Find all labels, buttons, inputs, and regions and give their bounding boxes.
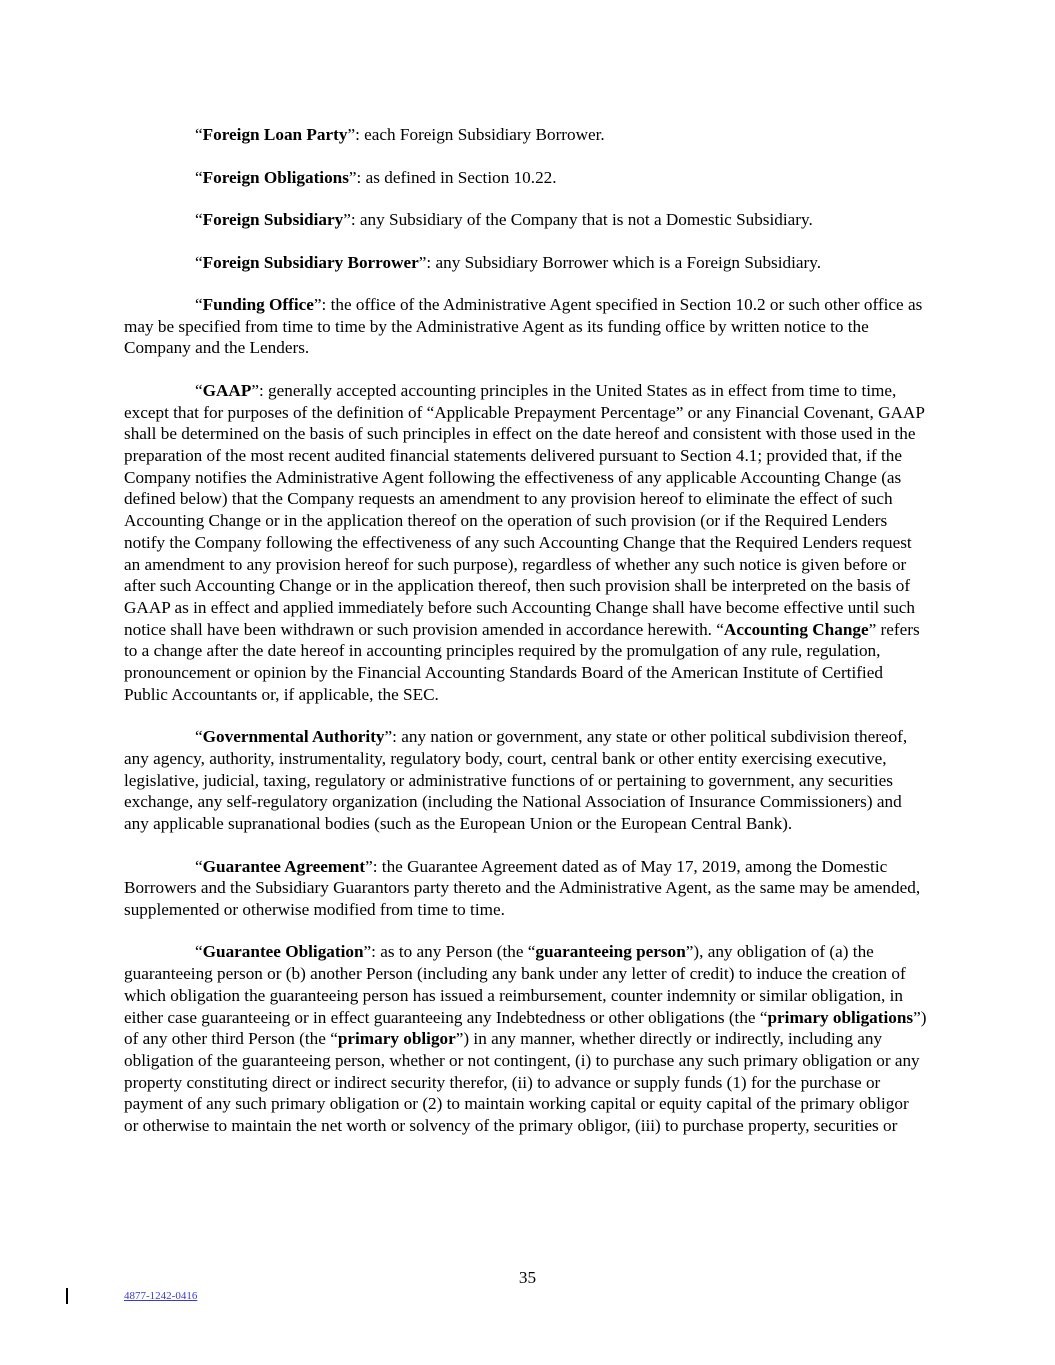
definition-text: ”: each Foreign Subsidiary Borrower.: [347, 125, 604, 144]
defined-term: guaranteeing person: [535, 942, 685, 961]
definitions-body: “Foreign Loan Party”: each Foreign Subsi…: [124, 124, 927, 1158]
page-number: 35: [0, 1268, 1055, 1288]
document-page: “Foreign Loan Party”: each Foreign Subsi…: [0, 0, 1055, 1365]
defined-term: Foreign Subsidiary Borrower: [203, 253, 419, 272]
defined-term: Guarantee Obligation: [203, 942, 364, 961]
definition-governmental-authority: “Governmental Authority”: any nation or …: [124, 726, 927, 835]
definition-guarantee-agreement: “Guarantee Agreement”: the Guarantee Agr…: [124, 856, 927, 921]
definition-text: “: [195, 125, 203, 144]
defined-term: Funding Office: [203, 295, 314, 314]
document-id-link[interactable]: 4877-1242-0416: [124, 1290, 197, 1302]
defined-term: GAAP: [203, 381, 252, 400]
defined-term: Governmental Authority: [203, 727, 385, 746]
definition-text: “: [195, 253, 203, 272]
definition-text: “: [195, 210, 203, 229]
revision-change-bar: [66, 1288, 68, 1304]
definition-text: “: [195, 168, 203, 187]
defined-term: Foreign Subsidiary: [203, 210, 344, 229]
definition-text: ”: generally accepted accounting princip…: [124, 381, 924, 639]
definition-text: ”: as defined in Section 10.22.: [349, 168, 557, 187]
defined-term: Foreign Obligations: [203, 168, 349, 187]
defined-term: Accounting Change: [724, 620, 869, 639]
defined-term: Foreign Loan Party: [203, 125, 348, 144]
defined-term: primary obligor: [338, 1029, 456, 1048]
definition-foreign-loan-party: “Foreign Loan Party”: each Foreign Subsi…: [124, 124, 927, 146]
definition-foreign-obligations: “Foreign Obligations”: as defined in Sec…: [124, 167, 927, 189]
definition-text: ”: any Subsidiary Borrower which is a Fo…: [419, 253, 821, 272]
definition-text: “: [195, 942, 203, 961]
definition-text: ”: as to any Person (the “: [364, 942, 536, 961]
definition-text: ”: any Subsidiary of the Company that is…: [343, 210, 813, 229]
definition-gaap: “GAAP”: generally accepted accounting pr…: [124, 380, 927, 706]
definition-guarantee-obligation: “Guarantee Obligation”: as to any Person…: [124, 941, 927, 1136]
definition-funding-office: “Funding Office”: the office of the Admi…: [124, 294, 927, 359]
definition-text: “: [195, 381, 203, 400]
definition-text: “: [195, 727, 203, 746]
definition-text: “: [195, 295, 203, 314]
defined-term: primary obligations: [767, 1008, 913, 1027]
definition-foreign-subsidiary-borrower: “Foreign Subsidiary Borrower”: any Subsi…: [124, 252, 927, 274]
definition-foreign-subsidiary: “Foreign Subsidiary”: any Subsidiary of …: [124, 209, 927, 231]
defined-term: Guarantee Agreement: [203, 857, 365, 876]
definition-text: “: [195, 857, 203, 876]
